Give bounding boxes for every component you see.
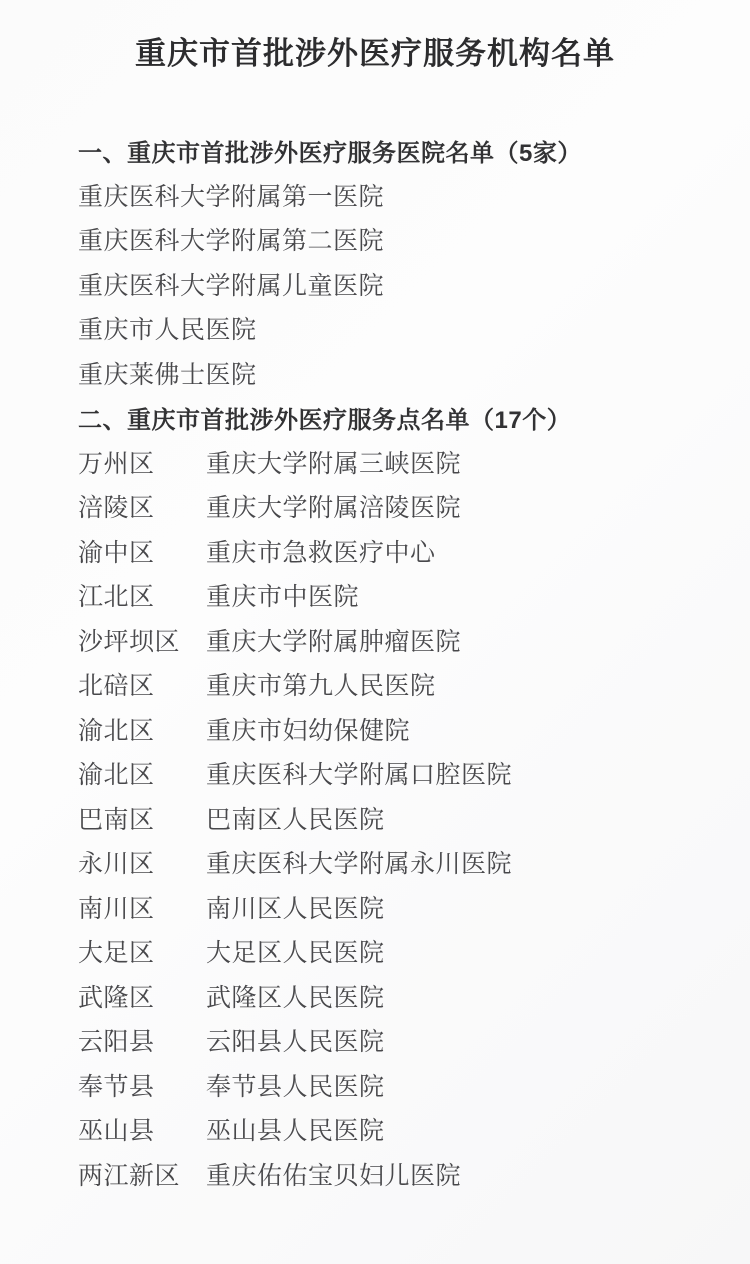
service-point-row: 沙坪坝区 重庆大学附属肿瘤医院 bbox=[78, 618, 710, 663]
district-name: 武隆区 bbox=[78, 978, 206, 1014]
service-point-row: 奉节县 奉节县人民医院 bbox=[78, 1063, 710, 1108]
hospital-name: 奉节县人民医院 bbox=[206, 1067, 385, 1103]
service-point-row: 渝北区 重庆医科大学附属口腔医院 bbox=[78, 751, 710, 796]
service-point-row: 北碚区 重庆市第九人民医院 bbox=[78, 662, 710, 707]
service-point-row: 涪陵区 重庆大学附属涪陵医院 bbox=[78, 484, 710, 529]
hospital-name: 重庆医科大学附属口腔医院 bbox=[206, 755, 512, 791]
district-name: 万州区 bbox=[78, 444, 206, 480]
hospital-item: 重庆医科大学附属儿童医院 bbox=[78, 266, 384, 302]
district-name: 江北区 bbox=[78, 577, 206, 613]
section-2-heading: 二、重庆市首批涉外医疗服务点名单（17个） bbox=[78, 400, 571, 435]
service-point-row: 渝中区 重庆市急救医疗中心 bbox=[78, 529, 710, 574]
hospital-name: 重庆市妇幼保健院 bbox=[206, 711, 410, 747]
hospital-name: 重庆大学附属三峡医院 bbox=[206, 444, 461, 480]
service-point-row: 云阳县 云阳县人民医院 bbox=[78, 1018, 710, 1063]
district-name: 渝中区 bbox=[78, 533, 206, 569]
hospital-name: 大足区人民医院 bbox=[206, 933, 385, 969]
hospital-item: 重庆莱佛士医院 bbox=[78, 355, 257, 391]
service-point-row: 江北区 重庆市中医院 bbox=[78, 573, 710, 618]
hospital-name: 重庆市急救医疗中心 bbox=[206, 533, 436, 569]
district-name: 涪陵区 bbox=[78, 488, 206, 524]
district-name: 巴南区 bbox=[78, 800, 206, 836]
district-name: 两江新区 bbox=[78, 1156, 206, 1192]
hospital-name: 云阳县人民医院 bbox=[206, 1022, 385, 1058]
district-name: 奉节县 bbox=[78, 1067, 206, 1103]
district-name: 南川区 bbox=[78, 889, 206, 925]
hospital-name: 重庆市中医院 bbox=[206, 577, 359, 613]
service-point-row: 南川区 南川区人民医院 bbox=[78, 885, 710, 930]
hospital-name: 巫山县人民医院 bbox=[206, 1111, 385, 1147]
service-point-row: 渝北区 重庆市妇幼保健院 bbox=[78, 707, 710, 752]
district-name: 大足区 bbox=[78, 933, 206, 969]
district-name: 渝北区 bbox=[78, 755, 206, 791]
document-title: 重庆市首批涉外医疗服务机构名单 bbox=[0, 0, 750, 72]
document-body: 一、重庆市首批涉外医疗服务医院名单（5家） 重庆医科大学附属第一医院 重庆医科大… bbox=[0, 128, 750, 1196]
district-name: 北碚区 bbox=[78, 666, 206, 702]
service-point-row: 巫山县 巫山县人民医院 bbox=[78, 1107, 710, 1152]
hospital-name: 重庆佑佑宝贝妇儿医院 bbox=[206, 1156, 461, 1192]
service-point-row: 万州区 重庆大学附属三峡医院 bbox=[78, 440, 710, 485]
service-point-row: 两江新区 重庆佑佑宝贝妇儿医院 bbox=[78, 1152, 710, 1197]
hospital-name: 重庆大学附属涪陵医院 bbox=[206, 488, 461, 524]
service-point-row: 巴南区 巴南区人民医院 bbox=[78, 796, 710, 841]
hospital-item: 重庆市人民医院 bbox=[78, 310, 257, 346]
district-name: 巫山县 bbox=[78, 1111, 206, 1147]
section-1-heading: 一、重庆市首批涉外医疗服务医院名单（5家） bbox=[78, 133, 582, 168]
hospital-name: 巴南区人民医院 bbox=[206, 800, 385, 836]
hospital-name: 重庆市第九人民医院 bbox=[206, 666, 436, 702]
hospital-item: 重庆医科大学附属第二医院 bbox=[78, 221, 384, 257]
hospital-name: 重庆医科大学附属永川医院 bbox=[206, 844, 512, 880]
district-name: 云阳县 bbox=[78, 1022, 206, 1058]
hospital-item: 重庆医科大学附属第一医院 bbox=[78, 177, 384, 213]
service-point-row: 大足区 大足区人民医院 bbox=[78, 929, 710, 974]
hospital-name: 武隆区人民医院 bbox=[206, 978, 385, 1014]
service-point-row: 永川区 重庆医科大学附属永川医院 bbox=[78, 840, 710, 885]
district-name: 渝北区 bbox=[78, 711, 206, 747]
hospital-name: 南川区人民医院 bbox=[206, 889, 385, 925]
service-point-row: 武隆区 武隆区人民医院 bbox=[78, 974, 710, 1019]
document-page: 重庆市首批涉外医疗服务机构名单 一、重庆市首批涉外医疗服务医院名单（5家） 重庆… bbox=[0, 0, 750, 1264]
district-name: 永川区 bbox=[78, 844, 206, 880]
hospital-name: 重庆大学附属肿瘤医院 bbox=[206, 622, 461, 658]
district-name: 沙坪坝区 bbox=[78, 622, 206, 658]
